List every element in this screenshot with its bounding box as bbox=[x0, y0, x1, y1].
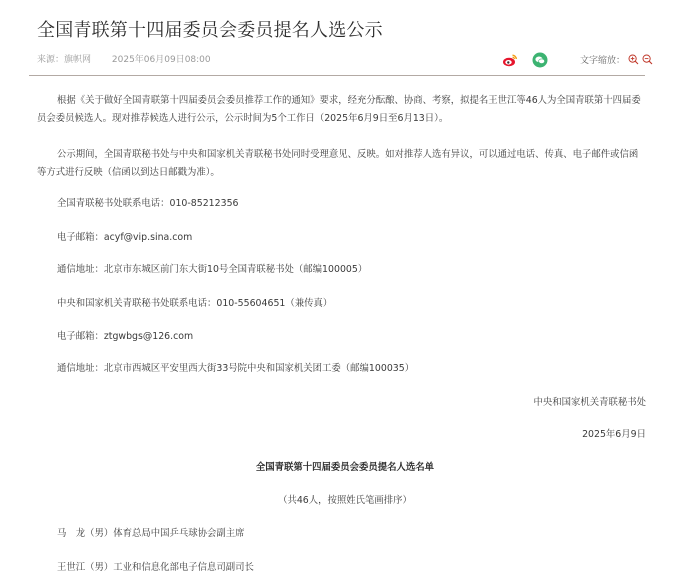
nominee-item: 王世江（男）工业和信息化部电子信息司副司长 bbox=[57, 561, 254, 575]
nominee-list-title: 全国青联第十四届委员会委员提名人选名单 bbox=[0, 461, 690, 475]
nominee-item: 马 龙（男）体育总局中国乒乓球协会副主席 bbox=[57, 527, 245, 541]
share-bar bbox=[502, 52, 548, 68]
contact-phone-central: 中央和国家机关青联秘书处联系电话：010-55604651（兼传真） bbox=[57, 297, 332, 311]
contact-address-acyf: 通信地址：北京市东城区前门东大街10号全国青联秘书处（邮编100005） bbox=[57, 263, 367, 277]
zoom-out-icon[interactable] bbox=[642, 54, 653, 65]
header-divider bbox=[29, 75, 645, 76]
article-page: 全国青联第十四届委员会委员提名人选公示 来源：旗帜网 2025年06月09日08… bbox=[0, 0, 690, 580]
paragraph-text: 公示期间，全国青联秘书处与中央和国家机关青联秘书处同时受理意见、反映。如对推荐人… bbox=[37, 146, 647, 182]
contact-phone-acyf: 全国青联秘书处联系电话：010-85212356 bbox=[57, 197, 239, 211]
article-meta: 来源：旗帜网 2025年06月09日08:00 bbox=[37, 53, 211, 67]
article-source: 来源：旗帜网 bbox=[37, 55, 91, 65]
article-paragraph-1: 根据《关于做好全国青联第十四届委员会委员推荐工作的通知》要求，经充分酝酿、协商、… bbox=[37, 92, 647, 128]
font-zoom-control: 文字缩放： bbox=[580, 53, 653, 66]
contact-address-central: 通信地址：北京市西城区平安里西大街33号院中央和国家机关团工委（邮编100035… bbox=[57, 362, 414, 376]
nominee-list-subtitle: （共46人，按照姓氏笔画排序） bbox=[0, 494, 690, 508]
article-title: 全国青联第十四届委员会委员提名人选公示 bbox=[37, 18, 383, 44]
paragraph-text: 根据《关于做好全国青联第十四届委员会委员推荐工作的通知》要求，经充分酝酿、协商、… bbox=[37, 92, 647, 128]
article-paragraph-2: 公示期间，全国青联秘书处与中央和国家机关青联秘书处同时受理意见、反映。如对推荐人… bbox=[37, 146, 647, 182]
zoom-in-icon[interactable] bbox=[628, 54, 639, 65]
signature-date: 2025年6月9日 bbox=[582, 428, 646, 442]
contact-email-central: 电子邮箱：ztgwbgs@126.com bbox=[57, 330, 193, 344]
weibo-share-icon[interactable] bbox=[502, 52, 518, 68]
wechat-share-icon[interactable] bbox=[532, 52, 548, 68]
article-datetime: 2025年06月09日08:00 bbox=[112, 55, 211, 65]
font-zoom-label: 文字缩放： bbox=[580, 53, 625, 66]
signature-org: 中央和国家机关青联秘书处 bbox=[533, 396, 646, 410]
contact-email-acyf: 电子邮箱：acyf@vip.sina.com bbox=[57, 231, 192, 245]
